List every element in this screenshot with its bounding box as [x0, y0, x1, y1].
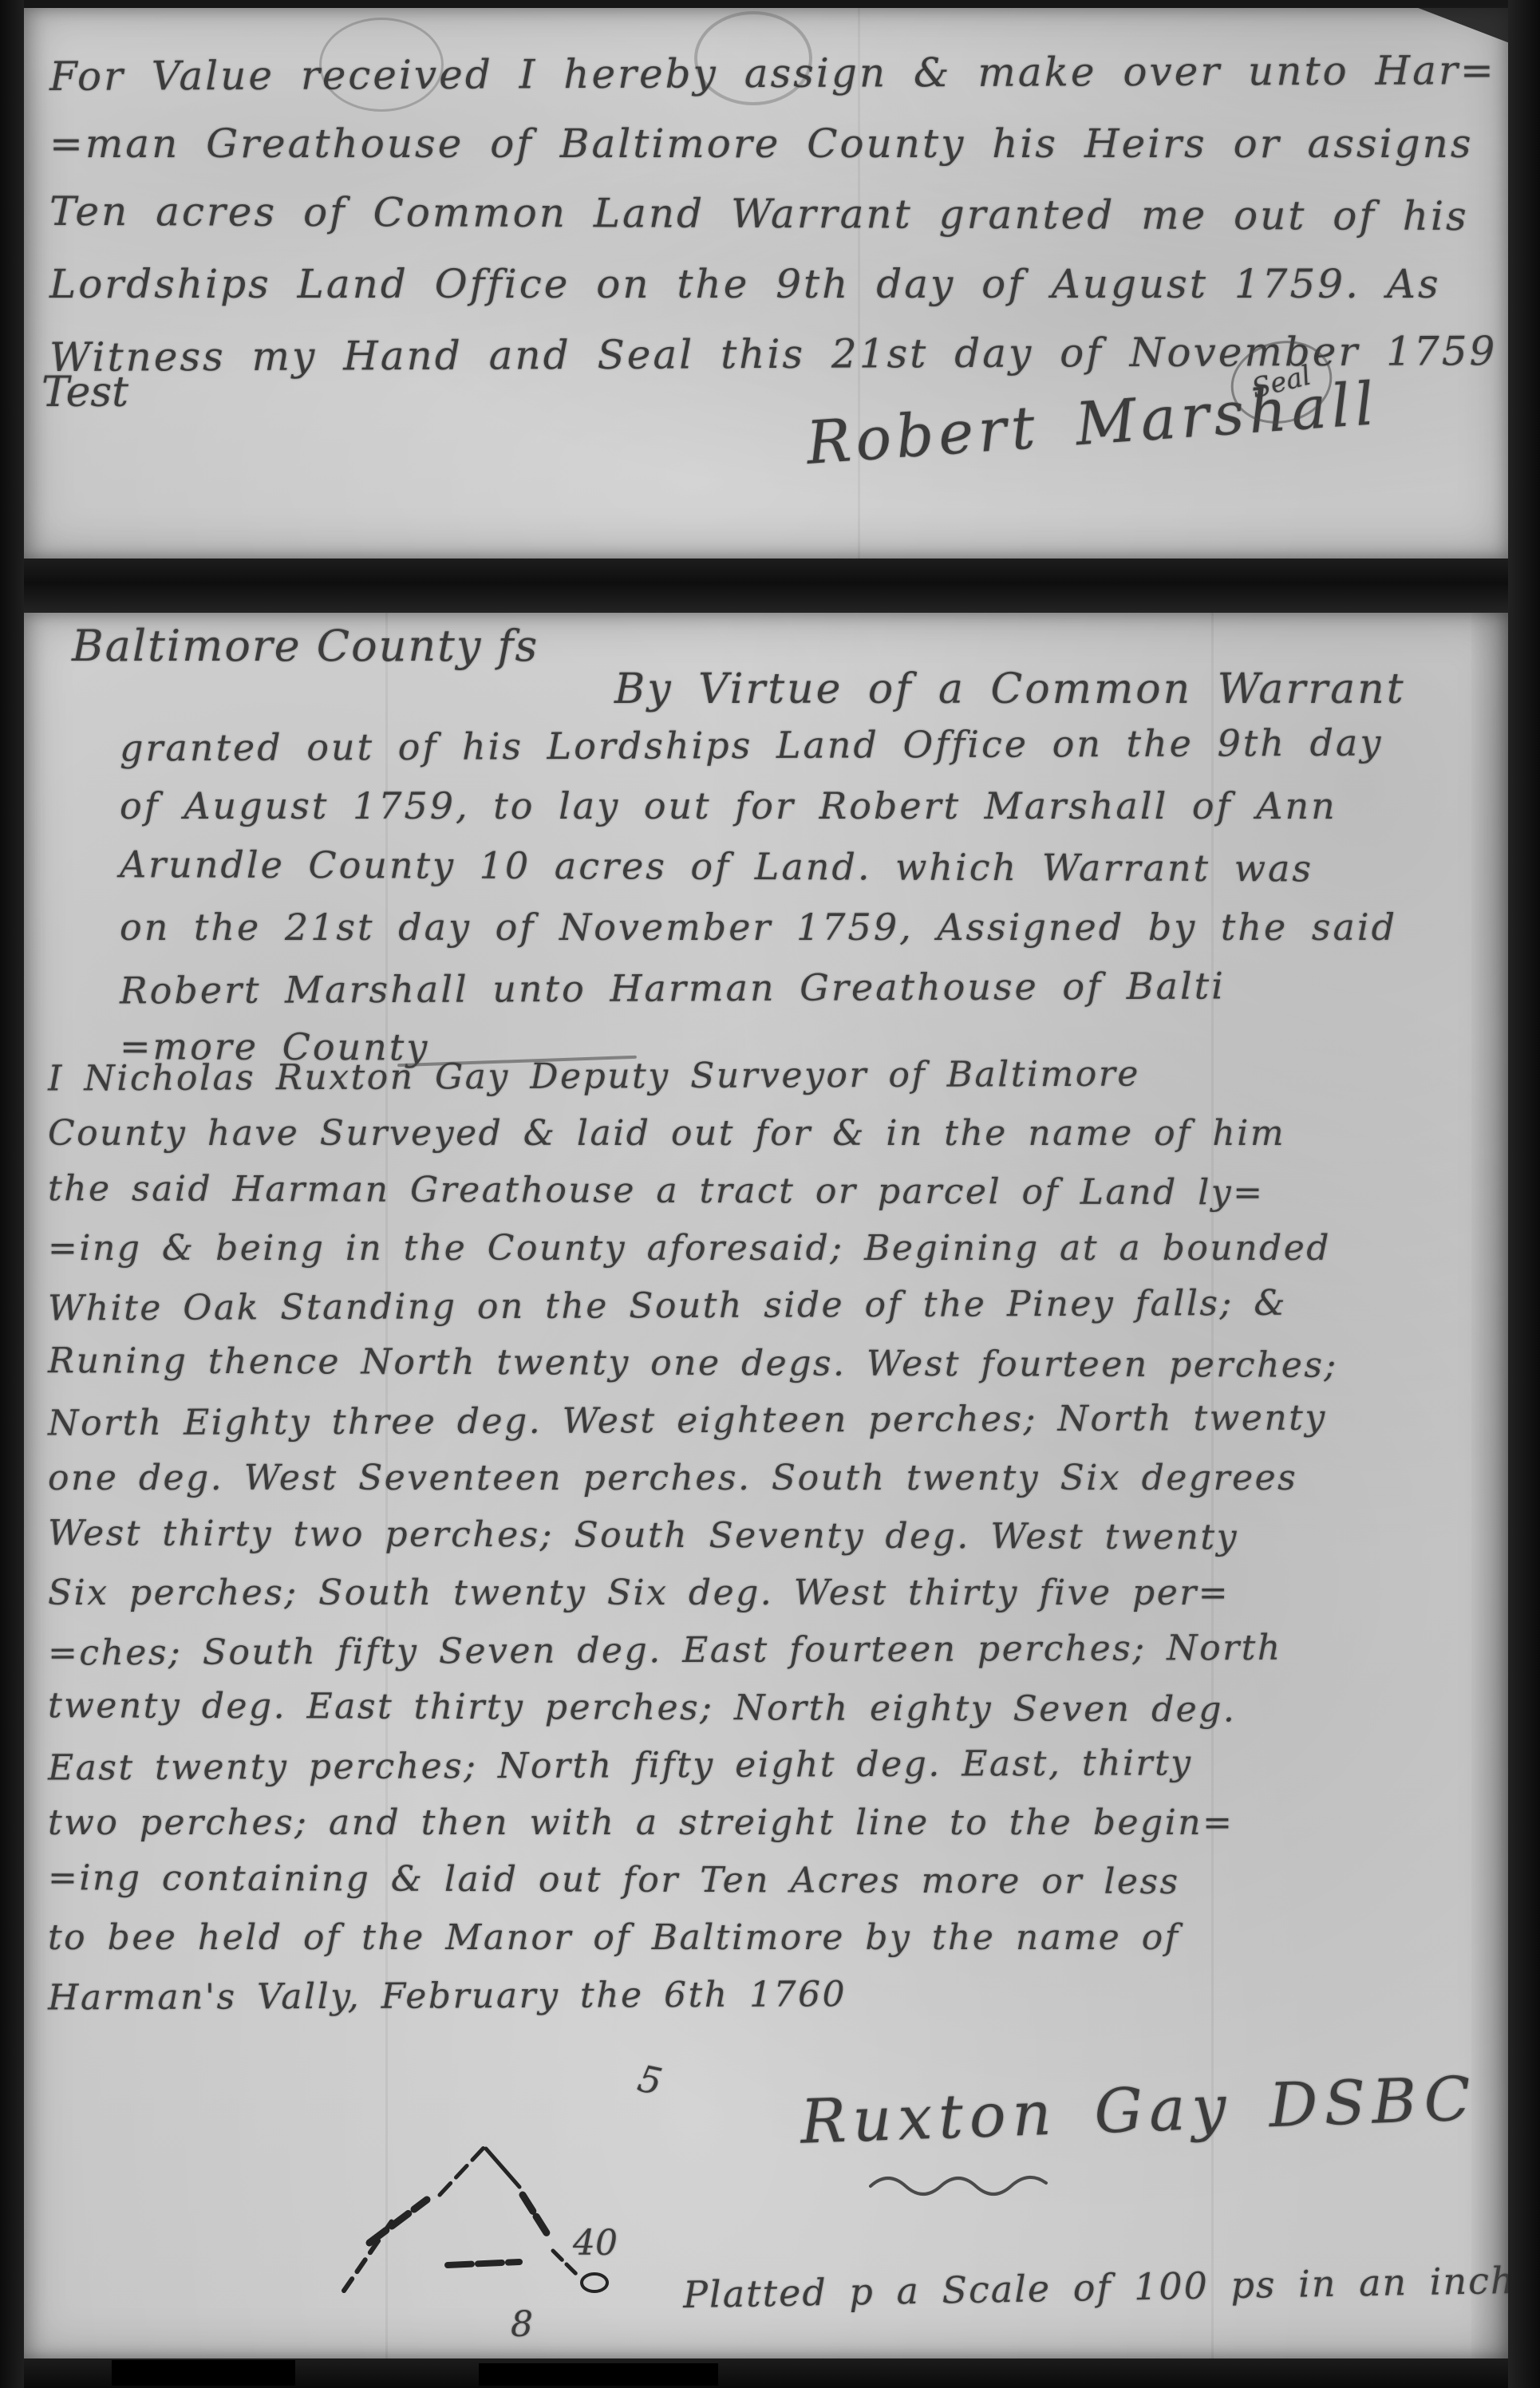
- manuscript-line: the said Harman Greathouse a tract or pa…: [48, 1160, 1338, 1222]
- manuscript-line: Arundle County 10 acres of Land. which W…: [120, 834, 1397, 899]
- assignment-text: For Value received I hereby assign & mak…: [49, 38, 1497, 389]
- certificate-section: Baltimore County fs By Virtue of a Commo…: [22, 613, 1508, 2358]
- manuscript-line: =man Greathouse of Baltimore County his …: [49, 109, 1497, 179]
- scan-fold-divider: [0, 559, 1540, 613]
- county-heading: Baltimore County fs: [72, 621, 539, 671]
- stray-pen-mark: 5: [634, 2057, 666, 2104]
- plat-scale-note: Platted p a Scale of 100 ps in an inch: [683, 2259, 1516, 2316]
- page-edge: [1471, 613, 1508, 2358]
- manuscript-line: granted out of his Lordships Land Office…: [120, 712, 1397, 779]
- manuscript-line: =ing & being in the County aforesaid; Be…: [48, 1220, 1338, 1277]
- manuscript-line: East twenty perches; North fifty eight d…: [48, 1734, 1338, 1797]
- plat-label-40: 40: [573, 2223, 618, 2264]
- manuscript-line: =ches; South fifty Seven deg. East fourt…: [48, 1619, 1338, 1682]
- survey-text: I Nicholas Ruxton Gay Deputy Surveyor of…: [48, 1048, 1338, 2024]
- manuscript-line: twenty deg. East thirty perches; North e…: [48, 1677, 1338, 1739]
- scan-border-right: [1508, 0, 1540, 2388]
- surveyor-signature: Ruxton Gay DSBC: [800, 2062, 1479, 2157]
- manuscript-line: Six perches; South twenty Six deg. West …: [48, 1565, 1338, 1622]
- page-number: 8: [511, 2304, 533, 2345]
- manuscript-line: Lordships Land Office on the 9th day of …: [49, 249, 1497, 319]
- assignment-section: For Value received I hereby assign & mak…: [24, 8, 1508, 559]
- manuscript-line: to bee held of the Manor of Baltimore by…: [48, 1909, 1338, 1967]
- manuscript-line: White Oak Standing on the South side of …: [48, 1274, 1338, 1337]
- manuscript-line: For Value received I hereby assign & mak…: [49, 35, 1498, 112]
- manuscript-line: =ing containing & laid out for Ten Acres…: [48, 1849, 1338, 1912]
- attestation-word: Test: [41, 369, 128, 416]
- scan-border-left: [0, 0, 24, 2388]
- manuscript-line: of August 1759, to lay out for Robert Ma…: [120, 776, 1397, 836]
- manuscript-line: two perches; and then with a streight li…: [48, 1794, 1338, 1852]
- manuscript-line: North Eighty three deg. West eighteen pe…: [48, 1389, 1338, 1452]
- manuscript-line: one deg. West Seventeen perches. South t…: [48, 1450, 1338, 1507]
- manuscript-line: County have Surveyed & laid out for & in…: [48, 1105, 1338, 1162]
- scan-artifact: [112, 2360, 295, 2386]
- manuscript-line: on the 21st day of November 1759, Assign…: [120, 897, 1397, 957]
- warrant-opening: By Virtue of a Common Warrant: [614, 665, 1406, 713]
- manuscript-line: Runing thence North twenty one degs. Wes…: [48, 1332, 1338, 1395]
- manuscript-line: Ten acres of Common Land Warrant granted…: [49, 176, 1498, 251]
- seal-label: Seal: [1249, 360, 1314, 405]
- scan-border-top: [0, 0, 1540, 8]
- warrant-text: granted out of his Lordships Land Office…: [120, 715, 1397, 1079]
- scanned-document: For Value received I hereby assign & mak…: [0, 0, 1540, 2388]
- manuscript-line: Harman's Vally, February the 6th 1760: [48, 1964, 1338, 2027]
- scan-artifact: [479, 2363, 718, 2386]
- manuscript-line: West thirty two perches; South Seventy d…: [48, 1505, 1338, 1567]
- signature-flourish: [864, 2169, 1088, 2201]
- manuscript-line: Robert Marshall unto Harman Greathouse o…: [120, 955, 1397, 1021]
- manuscript-line: I Nicholas Ruxton Gay Deputy Surveyor of…: [48, 1044, 1338, 1107]
